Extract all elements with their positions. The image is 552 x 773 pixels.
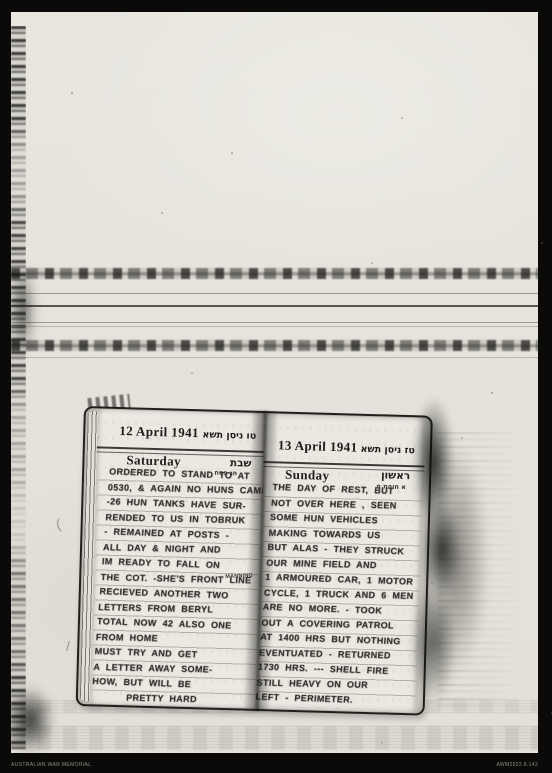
archive-credit: AUSTRALIAN WAR MEMORIAL [11,762,91,768]
diary-page-right: 13 April 1941 טז ניסן תשא Sunday ראשון א… [257,414,426,712]
copier-line-faint [11,293,538,294]
copier-fuzz-band [11,726,538,750]
archive-id: AWM2022.8.143 [496,762,538,768]
copier-streak-band [11,268,538,279]
toner-streak-left-edge [11,26,26,750]
toner-smear-right [438,432,538,708]
diary-page-left: 12 April 1941 טו ניסן תשא Saturday שבת ח… [90,409,265,708]
diary-book: 12 April 1941 טו ניסן תשא Saturday שבת ח… [76,406,433,716]
photocopy-scan-frame: ( / 12 April 1941 טו ניסן תשא Saturday ש… [0,0,552,773]
toner-blob-bottom-left [6,686,54,754]
copier-line-faint [11,326,538,327]
copier-line-faint [11,322,538,323]
stray-pencil-mark: / [66,638,70,654]
date-heading-left: 12 April 1941 [119,423,199,441]
copier-streak-band [11,340,538,351]
copier-line-dark [11,305,538,307]
paper-speckles [71,92,73,94]
date-heading-right: 13 April 1941 [278,437,358,455]
toner-blob-left [10,262,36,358]
hebrew-date-left: טו ניסן תשא [202,429,256,441]
copier-line-faint [11,357,538,358]
